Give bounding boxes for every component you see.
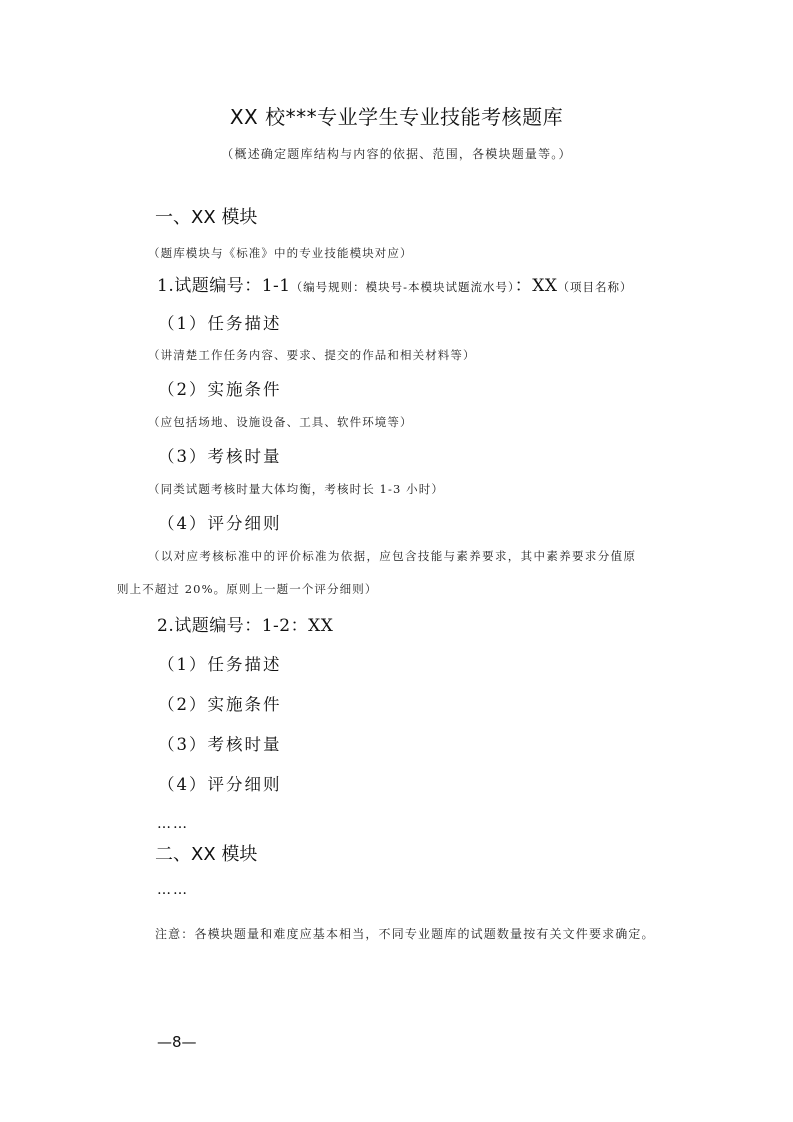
q2-part-3-label: （3）考核时量 [158,737,282,754]
q1-part-2-label: （2）实施条件 [158,382,282,399]
q1-part-2-note: （应包括场地、设施设备、工具、软件环境等） [148,417,413,429]
section-heading-1: 一、XX 模块 [155,209,257,227]
section-heading-2: 二、XX 模块 [155,846,257,864]
closing-note: 注意：各模块题量和难度应基本相当，不同专业题库的试题数量按有关文件要求确定。 [155,928,655,940]
question-title-1-name-note: （项目名称） [557,280,632,294]
question-title-1-sep: ：XX [515,276,558,296]
document-title: XX 校***专业学生专业技能考核题库 [0,107,793,127]
question-title-1-rule: （编号规则：模块号-本模块试题流水号） [291,280,515,294]
section-1-ellipsis: …… [157,817,189,831]
q1-part-3-label: （3）考核时量 [158,449,282,466]
section-note-1: （题库模块与《标准》中的专业技能模块对应） [148,248,413,260]
q2-part-2-label: （2）实施条件 [158,697,282,714]
question-title-2: 2.试题编号：1-2：XX [157,618,333,635]
document-subtitle: （概述确定题库结构与内容的依据、范围，各模块题量等。） [0,148,793,160]
q1-part-1-label: （1）任务描述 [158,316,282,333]
section-2-ellipsis: …… [157,883,189,897]
page-number: —8— [157,1035,197,1050]
q1-part-4-note-line-1: （以对应考核标准中的评价标准为依据，应包含技能与素养要求，其中素养要求分值原 [148,551,636,563]
question-title-1-main: 1.试题编号：1-1 [157,276,291,296]
q1-part-4-note-line-2: 则上不超过 20%。原则上一题一个评分细则） [117,584,377,596]
q1-part-4-label: （4）评分细则 [158,516,282,533]
question-title-1: 1.试题编号：1-1（编号规则：模块号-本模块试题流水号）：XX（项目名称） [157,278,632,295]
q2-part-1-label: （1）任务描述 [158,657,282,674]
q2-part-4-label: （4）评分细则 [158,777,282,794]
document-page: XX 校***专业学生专业技能考核题库 （概述确定题库结构与内容的依据、范围，各… [0,0,793,1122]
q1-part-3-note: （同类试题考核时量大体均衡，考核时长 1-3 小时） [148,484,444,496]
q1-part-1-note: （讲清楚工作任务内容、要求、提交的作品和相关材料等） [148,350,476,362]
